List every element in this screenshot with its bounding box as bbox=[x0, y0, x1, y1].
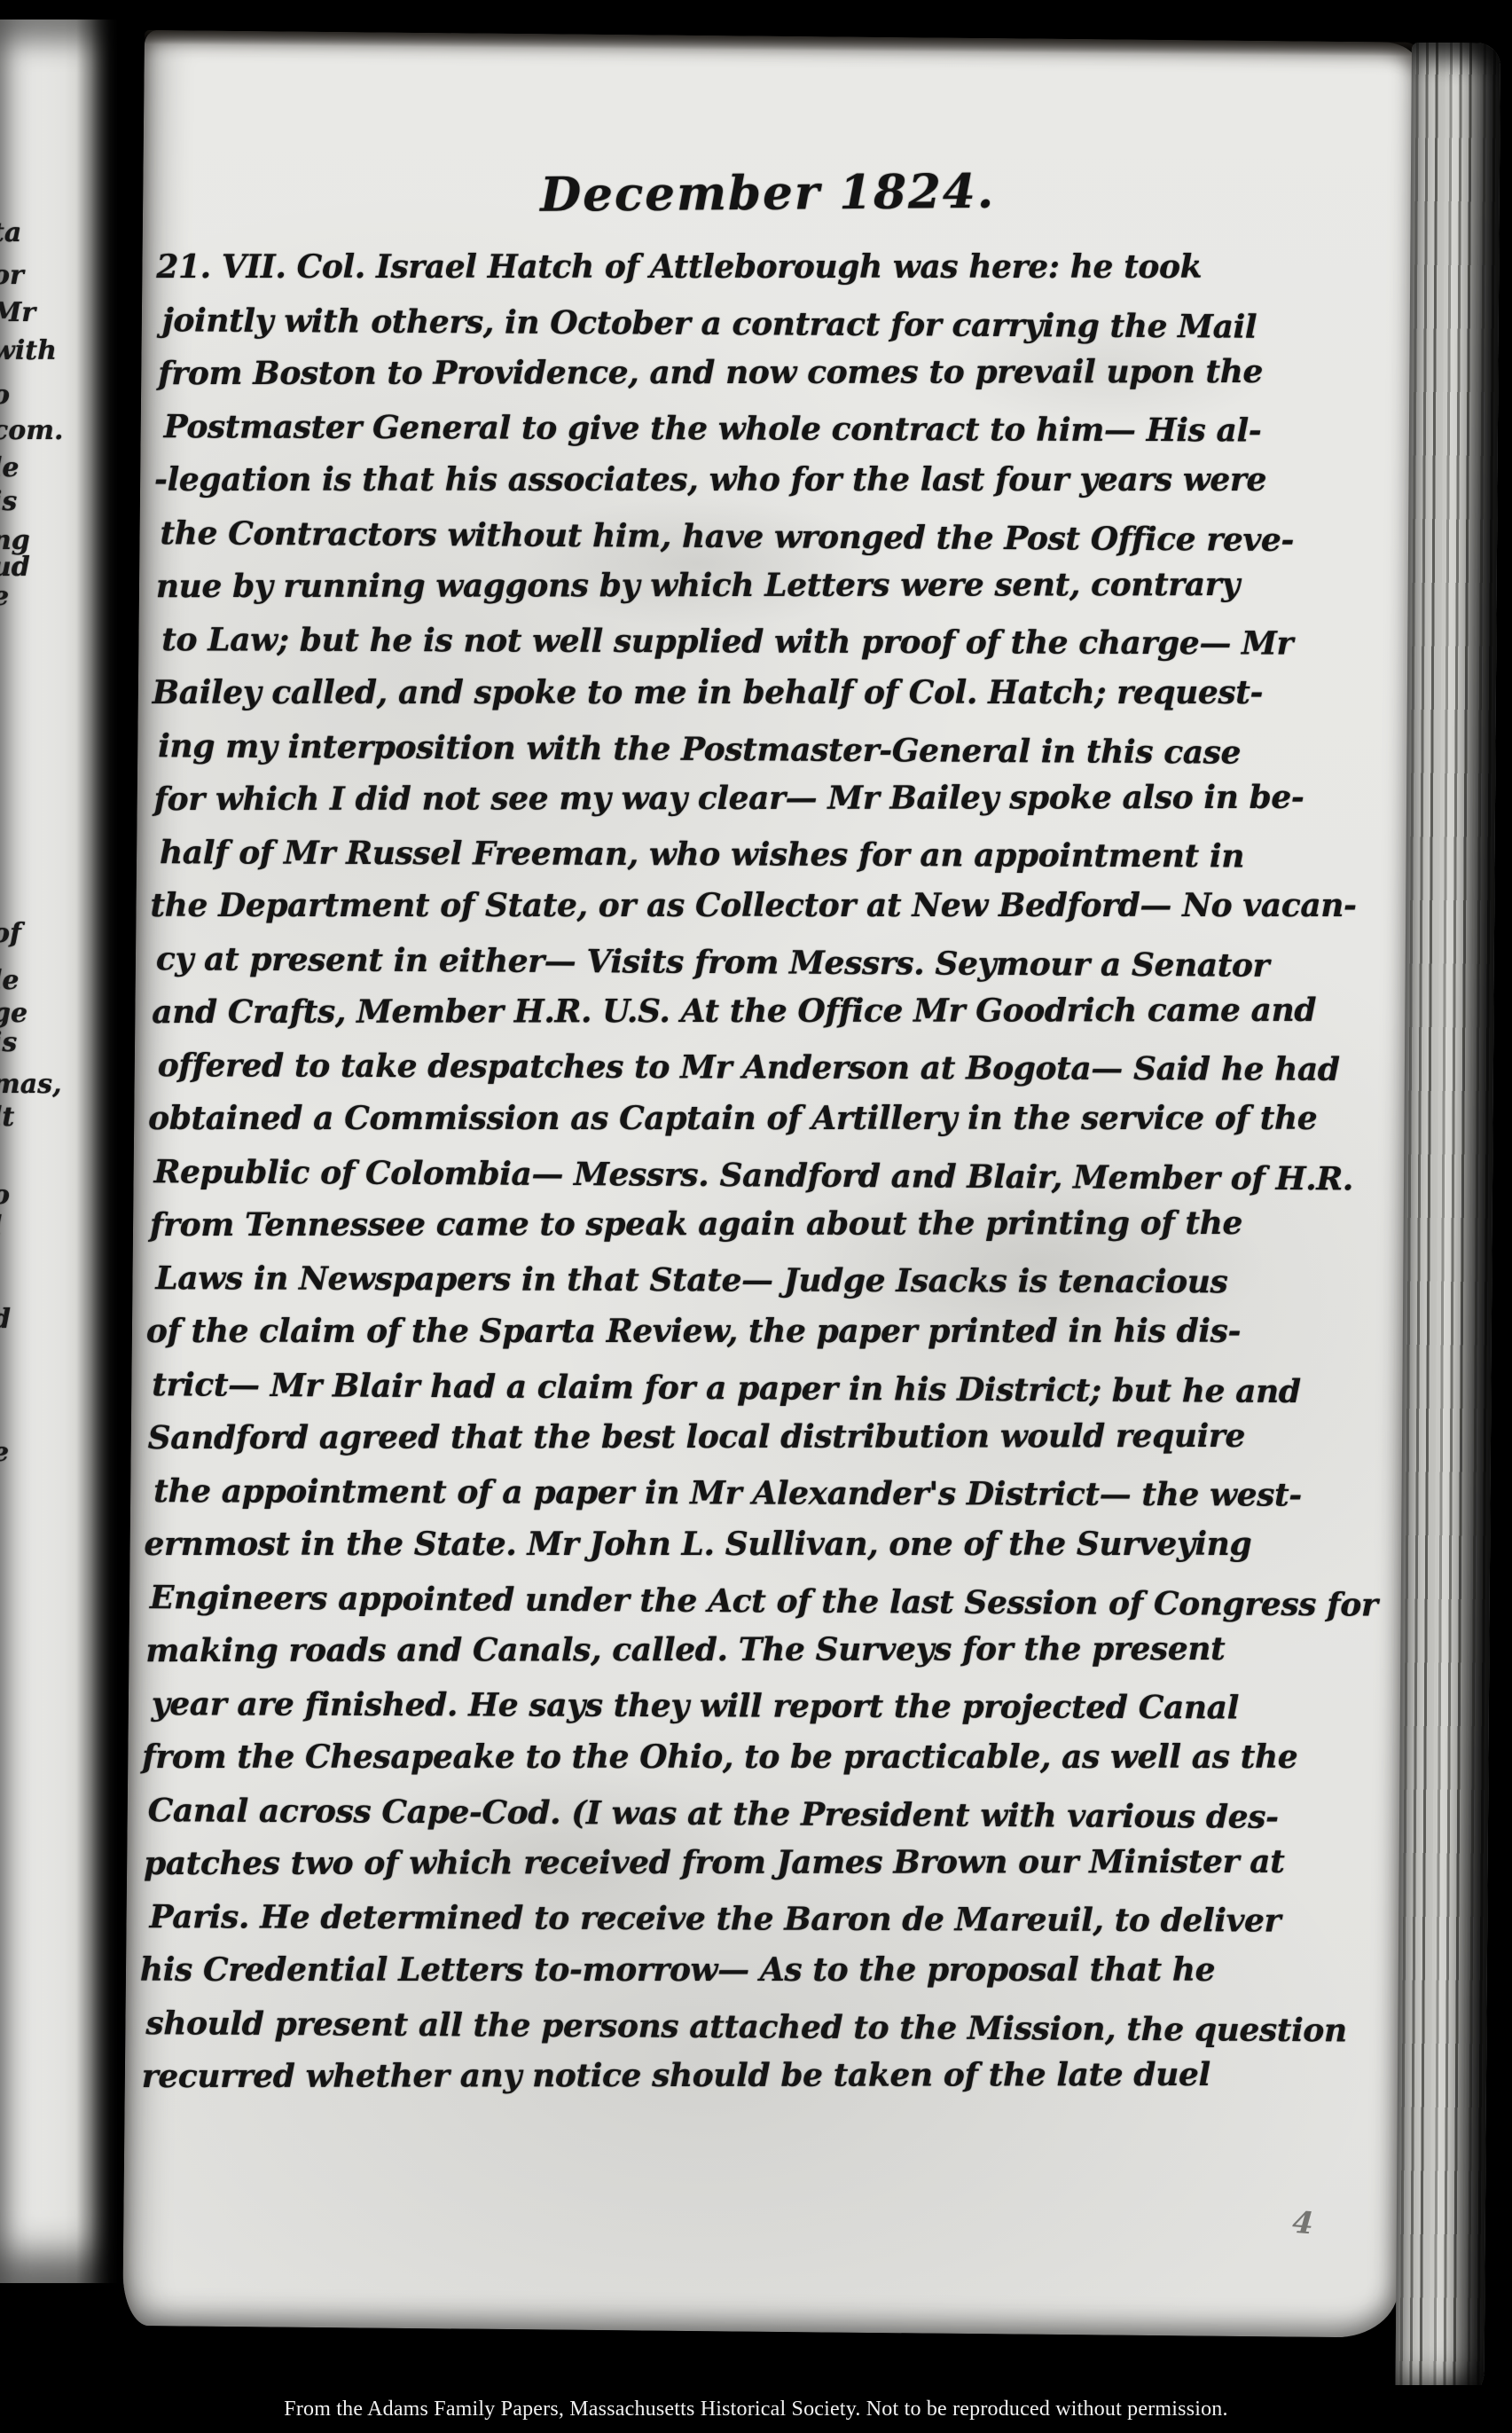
marginal-text-fragment: e bbox=[0, 581, 9, 612]
caption-text: From the Adams Family Papers, Massachuse… bbox=[284, 2398, 1227, 2421]
manuscript-line: recurred whether any notice should be ta… bbox=[139, 2056, 1368, 2111]
manuscript-line: the Department of State, or as Collector… bbox=[150, 887, 1379, 940]
manuscript-line: from Tennessee came to speak again about… bbox=[147, 1205, 1376, 1260]
marginal-text-fragment: o bbox=[0, 380, 10, 411]
entry-text: 21. VII. Col. Israel Hatch of Attleborou… bbox=[138, 248, 1385, 2123]
caption-bar: From the Adams Family Papers, Massachuse… bbox=[0, 2385, 1512, 2433]
page-corner-mark: 4 bbox=[1291, 2205, 1315, 2242]
manuscript-line: Laws in Newspapers in that State— Judge … bbox=[146, 1260, 1375, 1317]
manuscript-page: December 1824. 21. VII. Col. Israel Hatc… bbox=[122, 30, 1420, 2338]
marginal-text-fragment: e bbox=[0, 1437, 9, 1468]
marginal-text-fragment: l bbox=[0, 1211, 2, 1242]
manuscript-line: -legation is that his associates, who fo… bbox=[154, 461, 1383, 514]
marginal-text-fragment: ge bbox=[0, 998, 27, 1029]
marginal-text-fragment: Mr bbox=[0, 297, 35, 328]
manuscript-line: for which I did not see my way clear— Mr… bbox=[152, 779, 1381, 834]
manuscript-line: from the Chesapeake to the Ohio, to be p… bbox=[142, 1738, 1371, 1792]
manuscript-line: Sandford agreed that the best local dist… bbox=[145, 1417, 1375, 1472]
marginal-text-fragment: d bbox=[0, 1304, 11, 1335]
manuscript-line: obtained a Commission as Captain of Arti… bbox=[148, 1100, 1377, 1153]
marginal-text-fragment: le bbox=[0, 965, 19, 996]
marginal-text-fragment: ta bbox=[0, 217, 21, 248]
manuscript-line: patches two of which received from James… bbox=[141, 1843, 1370, 1898]
marginal-text-fragment: o bbox=[0, 1180, 10, 1211]
manuscript-line: half of Mr Russel Freeman, who wishes fo… bbox=[151, 834, 1380, 891]
manuscript-line: from Boston to Providence, and now comes… bbox=[155, 353, 1384, 408]
marginal-text-fragment: mas, bbox=[0, 1069, 62, 1100]
manuscript-line: the appointment of a paper in Mr Alexand… bbox=[145, 1472, 1374, 1530]
manuscript-line: Bailey called, and spoke to me in behalf… bbox=[153, 674, 1382, 727]
page-edge-stack bbox=[1395, 43, 1500, 2406]
manuscript-line: 21. VII. Col. Israel Hatch of Attleborou… bbox=[156, 248, 1385, 302]
marginal-text-fragment: or bbox=[0, 260, 24, 291]
manuscript-line: his Credential Letters to-morrow— As to … bbox=[140, 1951, 1369, 2005]
marginal-text-fragment: with bbox=[0, 335, 57, 366]
manuscript-line: offered to take despatches to Mr Anderso… bbox=[149, 1047, 1378, 1104]
page-title: December 1824. bbox=[540, 164, 995, 223]
manuscript-line: of the claim of the Sparta Review, the p… bbox=[146, 1313, 1375, 1366]
marginal-text-fragment: com. bbox=[0, 415, 63, 446]
marginal-text-fragment: of bbox=[0, 918, 21, 949]
marginal-text-fragment: is bbox=[0, 1027, 17, 1058]
manuscript-line: Postmaster General to give the whole con… bbox=[155, 408, 1384, 466]
marginal-text-fragment: le bbox=[0, 452, 19, 483]
manuscript-line: nue by running waggons by which Letters … bbox=[153, 566, 1383, 621]
manuscript-line: to Law; but he is not well supplied with… bbox=[153, 621, 1382, 679]
marginal-text-fragment: lt bbox=[0, 1102, 14, 1133]
page-top-edge bbox=[145, 30, 1420, 57]
manuscript-line: and Crafts, Member H.R. U.S. At the Offi… bbox=[149, 992, 1378, 1047]
manuscript-line: Paris. He determined to receive the Baro… bbox=[140, 1898, 1369, 1956]
manuscript-line: making roads and Canals, called. The Sur… bbox=[143, 1630, 1372, 1685]
manuscript-line: ernmost in the State. Mr John L. Sulliva… bbox=[145, 1526, 1374, 1579]
manuscript-photo: taorMrwithocom.leisngudeoflegeismas,ltol… bbox=[0, 0, 1512, 2433]
marginal-text-fragment: is bbox=[0, 486, 17, 517]
manuscript-line: year are finished. He says they will rep… bbox=[143, 1685, 1372, 1743]
marginal-text-fragment: ud bbox=[0, 552, 30, 583]
